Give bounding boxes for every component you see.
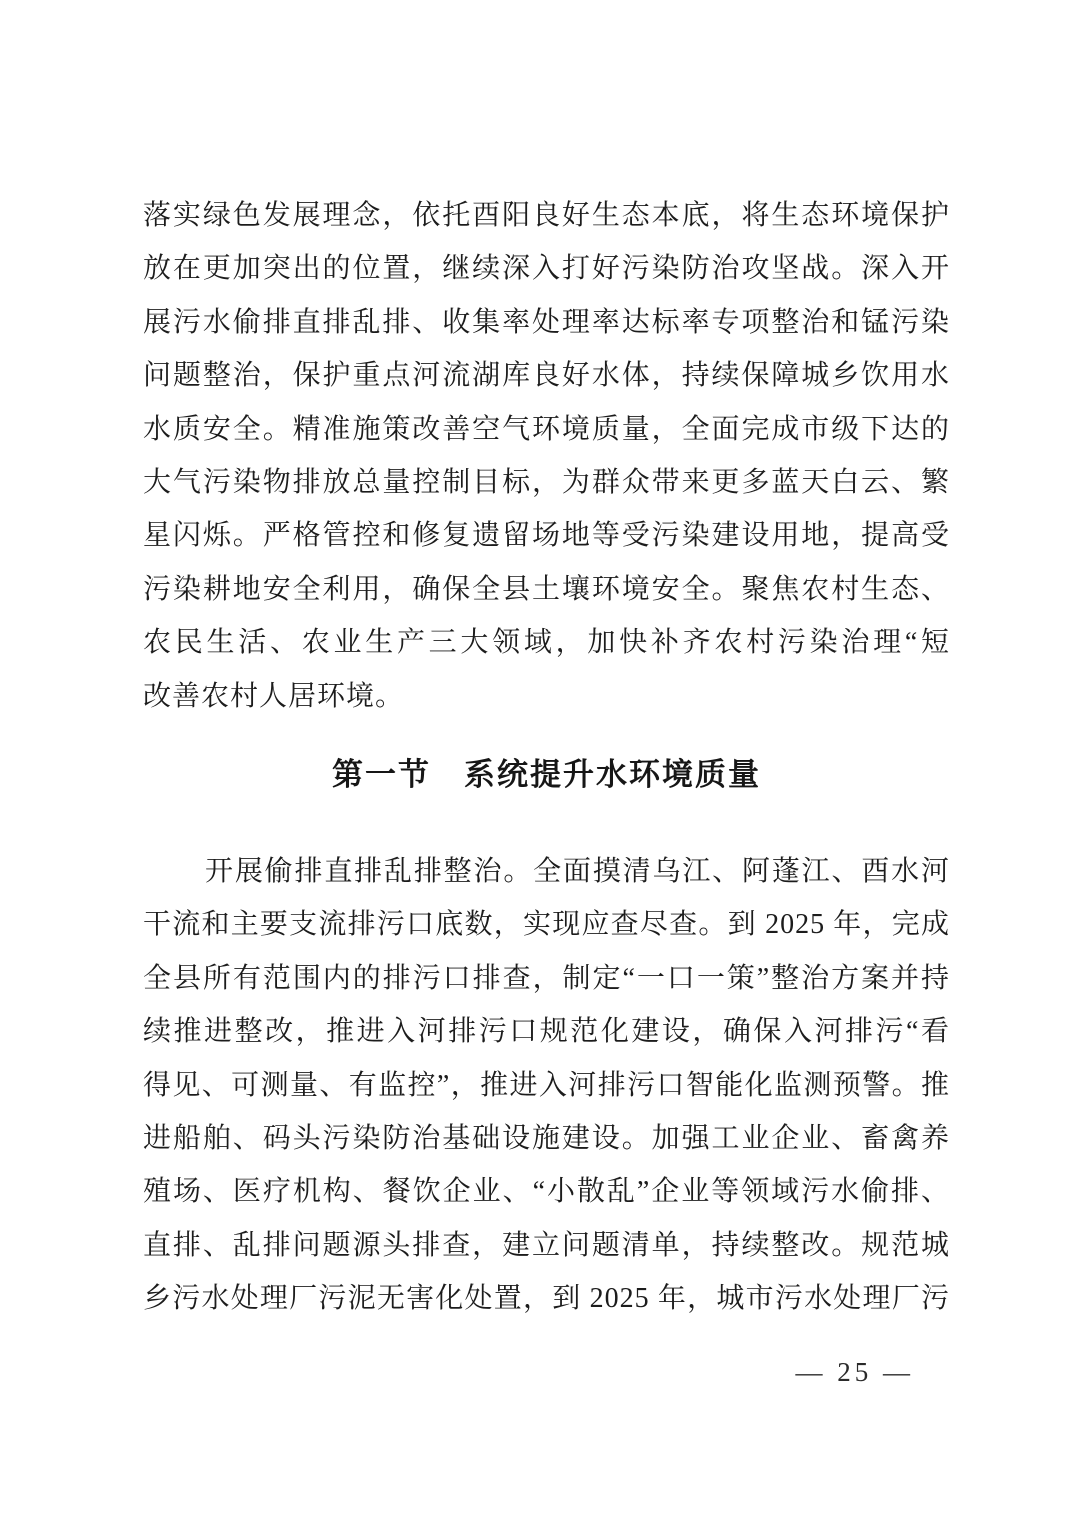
text-line: 改善农村人居环境。 (143, 670, 950, 723)
text-line: 水质安全。精准施策改善空气环境质量，全面完成市级下达的 (143, 403, 950, 456)
text-line: 展污水偷排直排乱排、收集率处理率达标率专项整治和锰污染 (143, 296, 950, 349)
text-line: 续推进整改，推进入河排污口规范化建设，确保入河排污“看 (143, 1005, 950, 1058)
text-line: 殖场、医疗机构、餐饮企业、“小散乱”企业等领域污水偷排、 (143, 1165, 950, 1218)
paragraph-1: 落实绿色发展理念，依托酉阳良好生态本底，将生态环境保护放在更加突出的位置，继续深… (143, 189, 950, 723)
document-page: 落实绿色发展理念，依托酉阳良好生态本底，将生态环境保护放在更加突出的位置，继续深… (0, 0, 1074, 1520)
section-heading: 第一节 系统提升水环境质量 (143, 748, 950, 801)
text-line: 直排、乱排问题源头排查，建立问题清单，持续整改。规范城 (143, 1219, 950, 1272)
text-line: 进船舶、码头污染防治基础设施建设。加强工业企业、畜禽养 (143, 1112, 950, 1165)
text-line: 全县所有范围内的排污口排查，制定“一口一策”整治方案并持 (143, 952, 950, 1005)
text-line: 放在更加突出的位置，继续深入打好污染防治攻坚战。深入开 (143, 242, 950, 295)
text-line: 问题整治，保护重点河流湖库良好水体，持续保障城乡饮用水 (143, 349, 950, 402)
text-line: 大气污染物排放总量控制目标，为群众带来更多蓝天白云、繁 (143, 456, 950, 509)
page-number: — 25 — (796, 1352, 915, 1392)
text-line: 开展偷排直排乱排整治。全面摸清乌江、阿蓬江、酉水河 (143, 845, 950, 898)
paragraph-2: 开展偷排直排乱排整治。全面摸清乌江、阿蓬江、酉水河干流和主要支流排污口底数，实现… (143, 845, 950, 1326)
text-line: 污染耕地安全利用，确保全县土壤环境安全。聚焦农村生态、 (143, 563, 950, 616)
text-line: 干流和主要支流排污口底数，实现应查尽查。到 2025 年，完成 (143, 898, 950, 951)
text-line: 乡污水处理厂污泥无害化处置，到 2025 年，城市污水处理厂污 (143, 1272, 950, 1325)
text-line: 得见、可测量、有监控”，推进入河排污口智能化监测预警。推 (143, 1059, 950, 1112)
text-line: 星闪烁。严格管控和修复遗留场地等受污染建设用地，提高受 (143, 509, 950, 562)
text-line: 落实绿色发展理念，依托酉阳良好生态本底，将生态环境保护 (143, 189, 950, 242)
text-line: 农民生活、农业生产三大领域，加快补齐农村污染治理“短板”， (143, 616, 950, 669)
